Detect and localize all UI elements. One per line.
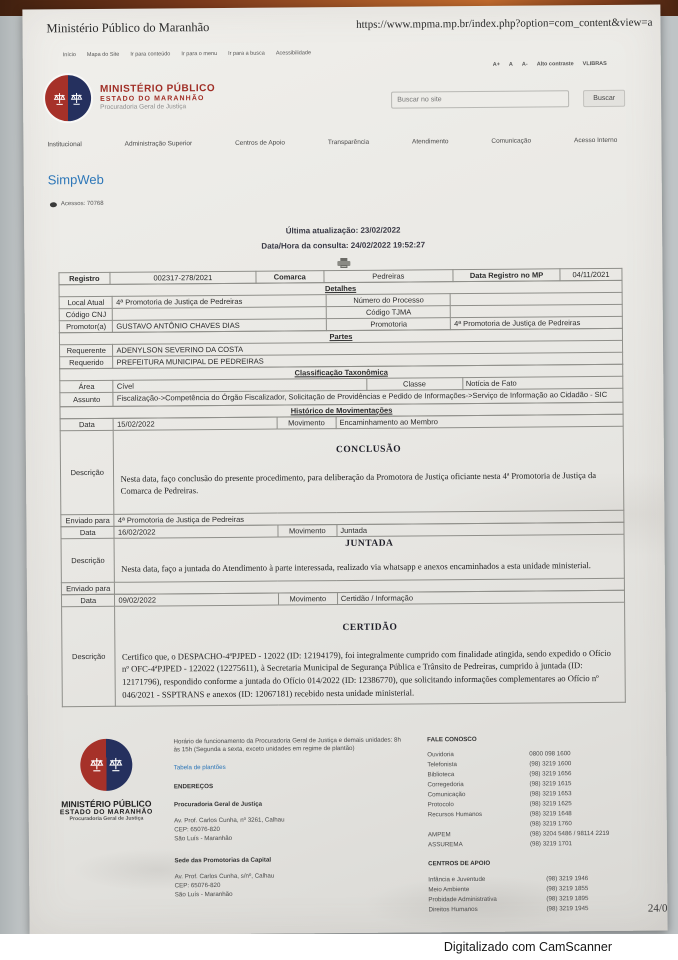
tabela-plantoes-link[interactable]: Tabela de plantões — [174, 763, 414, 774]
scales-of-justice-icon — [88, 756, 105, 773]
site-footer: MINISTÉRIO PÚBLICO ESTADO DO MARANHÃO Pr… — [48, 728, 653, 918]
classificacao-table: Classificação Taxonômica Área Cível Clas… — [59, 364, 623, 407]
requerente-label: Requerente — [60, 345, 114, 357]
brand-text: MINISTÉRIO PÚBLICO ESTADO DO MARANHÃO Pr… — [100, 83, 215, 111]
link-ir-para-menu[interactable]: Ir para o menu — [181, 51, 217, 70]
high-contrast-button[interactable]: Alto contraste — [537, 61, 574, 67]
descricao-label: Descrição — [60, 430, 114, 514]
assunto-label: Assunto — [60, 393, 114, 407]
accessibility-controls: A+ A A- Alto contraste VLIBRAS — [493, 61, 607, 68]
classe-label: Classe — [367, 378, 463, 391]
contact-label: Biblioteca — [427, 771, 515, 781]
descricao-cell: CONCLUSÃO Nesta data, faço conclusão do … — [114, 426, 624, 514]
footer-brand-line2: ESTADO DO MARANHÃO — [49, 808, 164, 816]
centro-phone: (98) 3219 1895 — [546, 895, 653, 905]
footer-brand-line1: MINISTÉRIO PÚBLICO — [49, 798, 164, 809]
consultation-meta: Última atualização: 23/02/2022 Data/Hora… — [38, 221, 648, 256]
sede-heading: Sede das Promotorias da Capital — [174, 856, 414, 867]
sede-address: Av. Prof. Carlos Cunha, s/nº, Calhau CEP… — [175, 872, 415, 901]
codigo-tjma-label: Código TJMA — [327, 306, 451, 319]
data-label: Data — [61, 594, 115, 606]
centro-label: Direitos Humanos — [428, 906, 546, 916]
contact-label — [428, 821, 516, 831]
movimento-texto: Nesta data, faço conclusão do presente p… — [120, 468, 617, 498]
print-header-title: Ministério Público do Maranhão — [46, 20, 209, 36]
eye-icon — [50, 202, 57, 207]
search-button[interactable]: Buscar — [583, 89, 625, 106]
contact-label: Corregedoria — [427, 781, 515, 791]
print-header: Ministério Público do Maranhão https://w… — [36, 17, 646, 37]
nav-acesso-interno[interactable]: Acesso Interno — [574, 137, 617, 144]
search-zone: Buscar — [391, 89, 625, 108]
contact-phone: (98) 3204 5486 / 98114 2219 — [516, 830, 653, 840]
main-navigation: Institucional Administração Superior Cen… — [47, 137, 617, 148]
link-acessibilidade[interactable]: Acessibilidade — [276, 50, 311, 69]
movimento-titulo: JUNTADA — [121, 536, 618, 550]
movimento-texto: Certifico que, o DESPACHO-4ªPJPED - 1202… — [122, 646, 619, 701]
descricao-label: Descrição — [62, 606, 116, 706]
enderecos-heading: ENDEREÇOS — [174, 782, 414, 793]
data-label: Data — [61, 526, 115, 538]
contact-label: Telefonista — [427, 761, 515, 771]
case-record-table: Registro 002317-278/2021 Comarca Pedreir… — [58, 268, 625, 707]
centro-phone: (98) 3219 1855 — [546, 885, 653, 895]
pgj-address: Av. Prof. Carlos Cunha, nº 3261, Calhau … — [174, 816, 414, 845]
link-ir-para-busca[interactable]: Ir para a busca — [228, 51, 265, 70]
mpma-footer-logo — [80, 738, 132, 790]
footer-hours: Horário de funcionamento da Procuradoria… — [174, 736, 404, 756]
site-header: MINISTÉRIO PÚBLICO ESTADO DO MARANHÃO Pr… — [45, 71, 647, 122]
contact-label: Recursos Humanos — [428, 811, 516, 821]
centros-apoio-heading: CENTROS DE APOIO — [428, 859, 653, 870]
area-label: Área — [60, 381, 114, 393]
topbar: Início Mapa do Site Ir para conteúdo Ir … — [37, 48, 647, 72]
centro-label: Probidade Administrativa — [428, 896, 546, 906]
footer-brand-line3: Procuradoria Geral de Justiça — [49, 815, 164, 822]
link-mapa-do-site[interactable]: Mapa do Site — [87, 52, 120, 71]
movimento-titulo: CONCLUSÃO — [120, 442, 617, 456]
movimento-1: Data 15/02/2022 Movimento Encaminhamento… — [60, 413, 625, 526]
contact-phone: 0800 098 1600 — [515, 750, 652, 760]
movimento-texto: Nesta data, faço a juntada do Atendiment… — [121, 558, 618, 575]
contact-label: Ouvidoria — [427, 751, 515, 761]
nav-atendimento[interactable]: Atendimento — [412, 138, 449, 145]
nav-comunicacao[interactable]: Comunicação — [491, 138, 531, 145]
sede-address-line: São Luís - Maranhão — [175, 890, 415, 901]
link-ir-para-conteudo[interactable]: Ir para conteúdo — [130, 51, 170, 70]
descricao-label: Descrição — [61, 538, 115, 582]
page-number: 24/0 — [648, 902, 668, 914]
contact-phone: (98) 3219 1648 — [516, 810, 653, 820]
contact-phone: (98) 3219 1600 — [515, 760, 652, 770]
requerido-label: Requerido — [60, 357, 114, 369]
brand-line1: MINISTÉRIO PÚBLICO — [100, 83, 215, 95]
access-count-text: Acessos: 70768 — [61, 201, 104, 207]
enviado-label: Enviado para — [61, 514, 115, 526]
access-counter: Acessos: 70768 — [50, 197, 648, 208]
promotor-label: Promotor(a) — [59, 321, 113, 333]
print-icon-part — [340, 265, 347, 268]
link-inicio[interactable]: Início — [63, 52, 76, 71]
centros-list: Infância e Juventude(98) 3219 1946 Meio … — [428, 875, 653, 916]
brand-line3: Procuradoria Geral de Justiça — [100, 103, 215, 111]
font-decrease-button[interactable]: A- — [522, 62, 528, 68]
contact-label: AMPEM — [428, 831, 516, 841]
data-label: Data — [60, 418, 114, 430]
scales-of-justice-icon — [52, 91, 67, 106]
nav-administracao-superior[interactable]: Administração Superior — [125, 140, 193, 148]
codigo-cnj-label: Código CNJ — [59, 309, 113, 321]
contact-label: ASSUREMA — [428, 841, 516, 851]
search-input[interactable] — [391, 90, 569, 108]
vlibras-button[interactable]: VLIBRAS — [583, 61, 607, 67]
registro-label: Registro — [59, 273, 110, 285]
scanned-document-page: Ministério Público do Maranhão https://w… — [22, 5, 667, 936]
camscanner-bar: Digitalizado com CamScanner — [0, 934, 678, 960]
contact-phone: (98) 3219 1615 — [515, 780, 652, 790]
nav-institucional[interactable]: Institucional — [47, 141, 81, 148]
nav-transparencia[interactable]: Transparência — [328, 139, 369, 146]
topbar-quick-links: Início Mapa do Site Ir para conteúdo Ir … — [63, 50, 311, 71]
print-header-url: https://www.mpma.mp.br/index.php?option=… — [356, 17, 653, 31]
numero-processo-label: Número do Processo — [327, 294, 451, 307]
movimento-label: Movimento — [278, 592, 337, 604]
pgj-address-line: São Luís - Maranhão — [174, 834, 414, 845]
movimento-label: Movimento — [277, 416, 336, 428]
partes-table: Partes Requerente ADENYLSON SEVERINO DA … — [59, 328, 623, 369]
detalhes-table: Detalhes Local Atual 4ª Promotoria de Ju… — [59, 280, 623, 333]
contact-phone: (98) 3219 1625 — [516, 800, 653, 810]
contact-phone: (98) 3219 1701 — [516, 840, 653, 850]
centro-phone: (98) 3219 1946 — [546, 875, 653, 885]
contact-label: Comunicação — [428, 791, 516, 801]
footer-address-column: Horário de funcionamento da Procuradoria… — [174, 736, 415, 918]
movimento-label: Movimento — [278, 524, 337, 536]
movimento-2: Data 16/02/2022 Movimento Juntada Descri… — [60, 521, 625, 594]
contact-phone: (98) 3219 1656 — [515, 770, 652, 780]
page-title: SimpWeb — [48, 168, 648, 188]
local-atual-label: Local Atual — [59, 297, 113, 309]
contact-phone: (98) 3219 1760 — [516, 820, 653, 830]
centro-label: Meio Ambiente — [428, 886, 546, 896]
pgj-heading: Procuradoria Geral de Justiça — [174, 800, 414, 811]
scales-of-justice-icon — [107, 756, 124, 773]
footer-brand-column: MINISTÉRIO PÚBLICO ESTADO DO MARANHÃO Pr… — [48, 732, 165, 919]
font-increase-button[interactable]: A+ — [493, 62, 500, 68]
nav-centros-de-apoio[interactable]: Centros de Apoio — [235, 139, 285, 146]
print-icon[interactable] — [337, 258, 350, 268]
movimento-3: Data 09/02/2022 Movimento Certidão / Inf… — [61, 589, 626, 706]
enviado-label: Enviado para — [61, 582, 115, 594]
movimento-titulo: CERTIDÃO — [122, 620, 619, 634]
contact-list: Ouvidoria0800 098 1600 Telefonista(98) 3… — [427, 750, 653, 851]
scales-of-justice-icon — [69, 91, 84, 106]
camscanner-watermark: Digitalizado com CamScanner — [444, 940, 612, 954]
contact-phone: (98) 3219 1653 — [516, 790, 653, 800]
mpma-logo — [45, 75, 91, 121]
centro-phone: (98) 3219 1945 — [546, 905, 653, 915]
fale-conosco-heading: FALE CONOSCO — [427, 734, 652, 745]
centro-label: Infância e Juventude — [428, 876, 546, 886]
contact-label: Protocolo — [428, 801, 516, 811]
font-normal-button[interactable]: A — [509, 62, 513, 68]
footer-contacts-column: FALE CONOSCO Ouvidoria0800 098 1600 Tele… — [427, 734, 653, 916]
descricao-cell: JUNTADA Nesta data, faço a juntada do At… — [115, 534, 625, 582]
descricao-cell: CERTIDÃO Certifico que, o DESPACHO-4ªPJP… — [115, 602, 625, 706]
